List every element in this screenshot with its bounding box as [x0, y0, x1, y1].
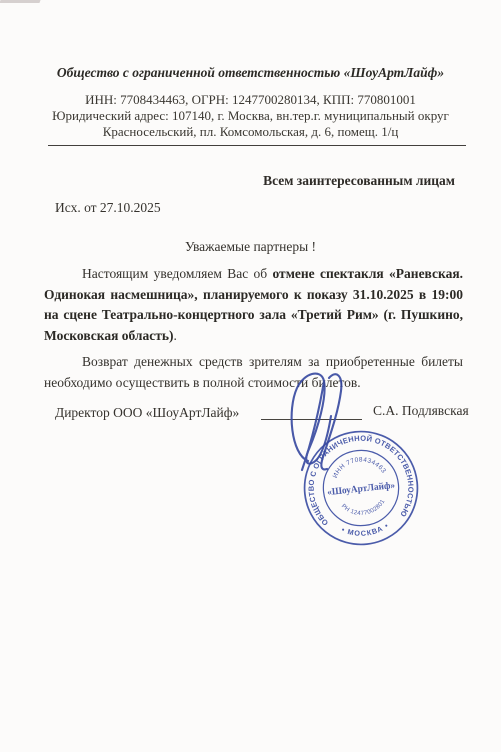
outgoing-reference: Исх. от 27.10.2025	[0, 200, 501, 216]
company-requisites: ИНН: 7708434463, ОГРН: 1247700280134, КП…	[0, 92, 501, 140]
letter-body: Настоящим уведомляем Вас об отмене спект…	[44, 264, 463, 393]
salutation: Уважаемые партнеры !	[0, 239, 501, 255]
paragraph-cancellation-tail: .	[174, 328, 177, 343]
legal-address-line2: Красносельский, пл. Комсомольская, д. 6,…	[0, 124, 501, 140]
scanned-letter-page: Общество с ограниченной ответственностью…	[0, 0, 501, 752]
signature-stroke-tail	[302, 381, 324, 470]
paragraph-refund: Возврат денежных средств зрителям за при…	[44, 352, 463, 393]
company-name: Общество с ограниченной ответственностью…	[0, 64, 501, 81]
letterhead: Общество с ограниченной ответственностью…	[0, 0, 501, 140]
letterhead-divider	[48, 145, 466, 146]
paragraph-cancellation: Настоящим уведомляем Вас об отмене спект…	[44, 264, 463, 346]
legal-address-line1: Юридический адрес: 107140, г. Москва, вн…	[0, 108, 501, 124]
paragraph-cancellation-lead: Настоящим уведомляем Вас об	[82, 266, 272, 281]
recipient-line: Всем заинтересованным лицам	[0, 173, 501, 189]
scan-artifact-corner	[0, 0, 41, 3]
director-name: С.А. Подлявская	[373, 403, 469, 419]
director-position-label: Директор ООО «ШоуАртЛайф»	[55, 405, 239, 421]
stamp-center-text: «ШоуАртЛайф»	[327, 480, 396, 498]
registration-numbers-line: ИНН: 7708434463, ОГРН: 1247700280134, КП…	[0, 92, 501, 108]
handwritten-signature	[278, 366, 370, 474]
